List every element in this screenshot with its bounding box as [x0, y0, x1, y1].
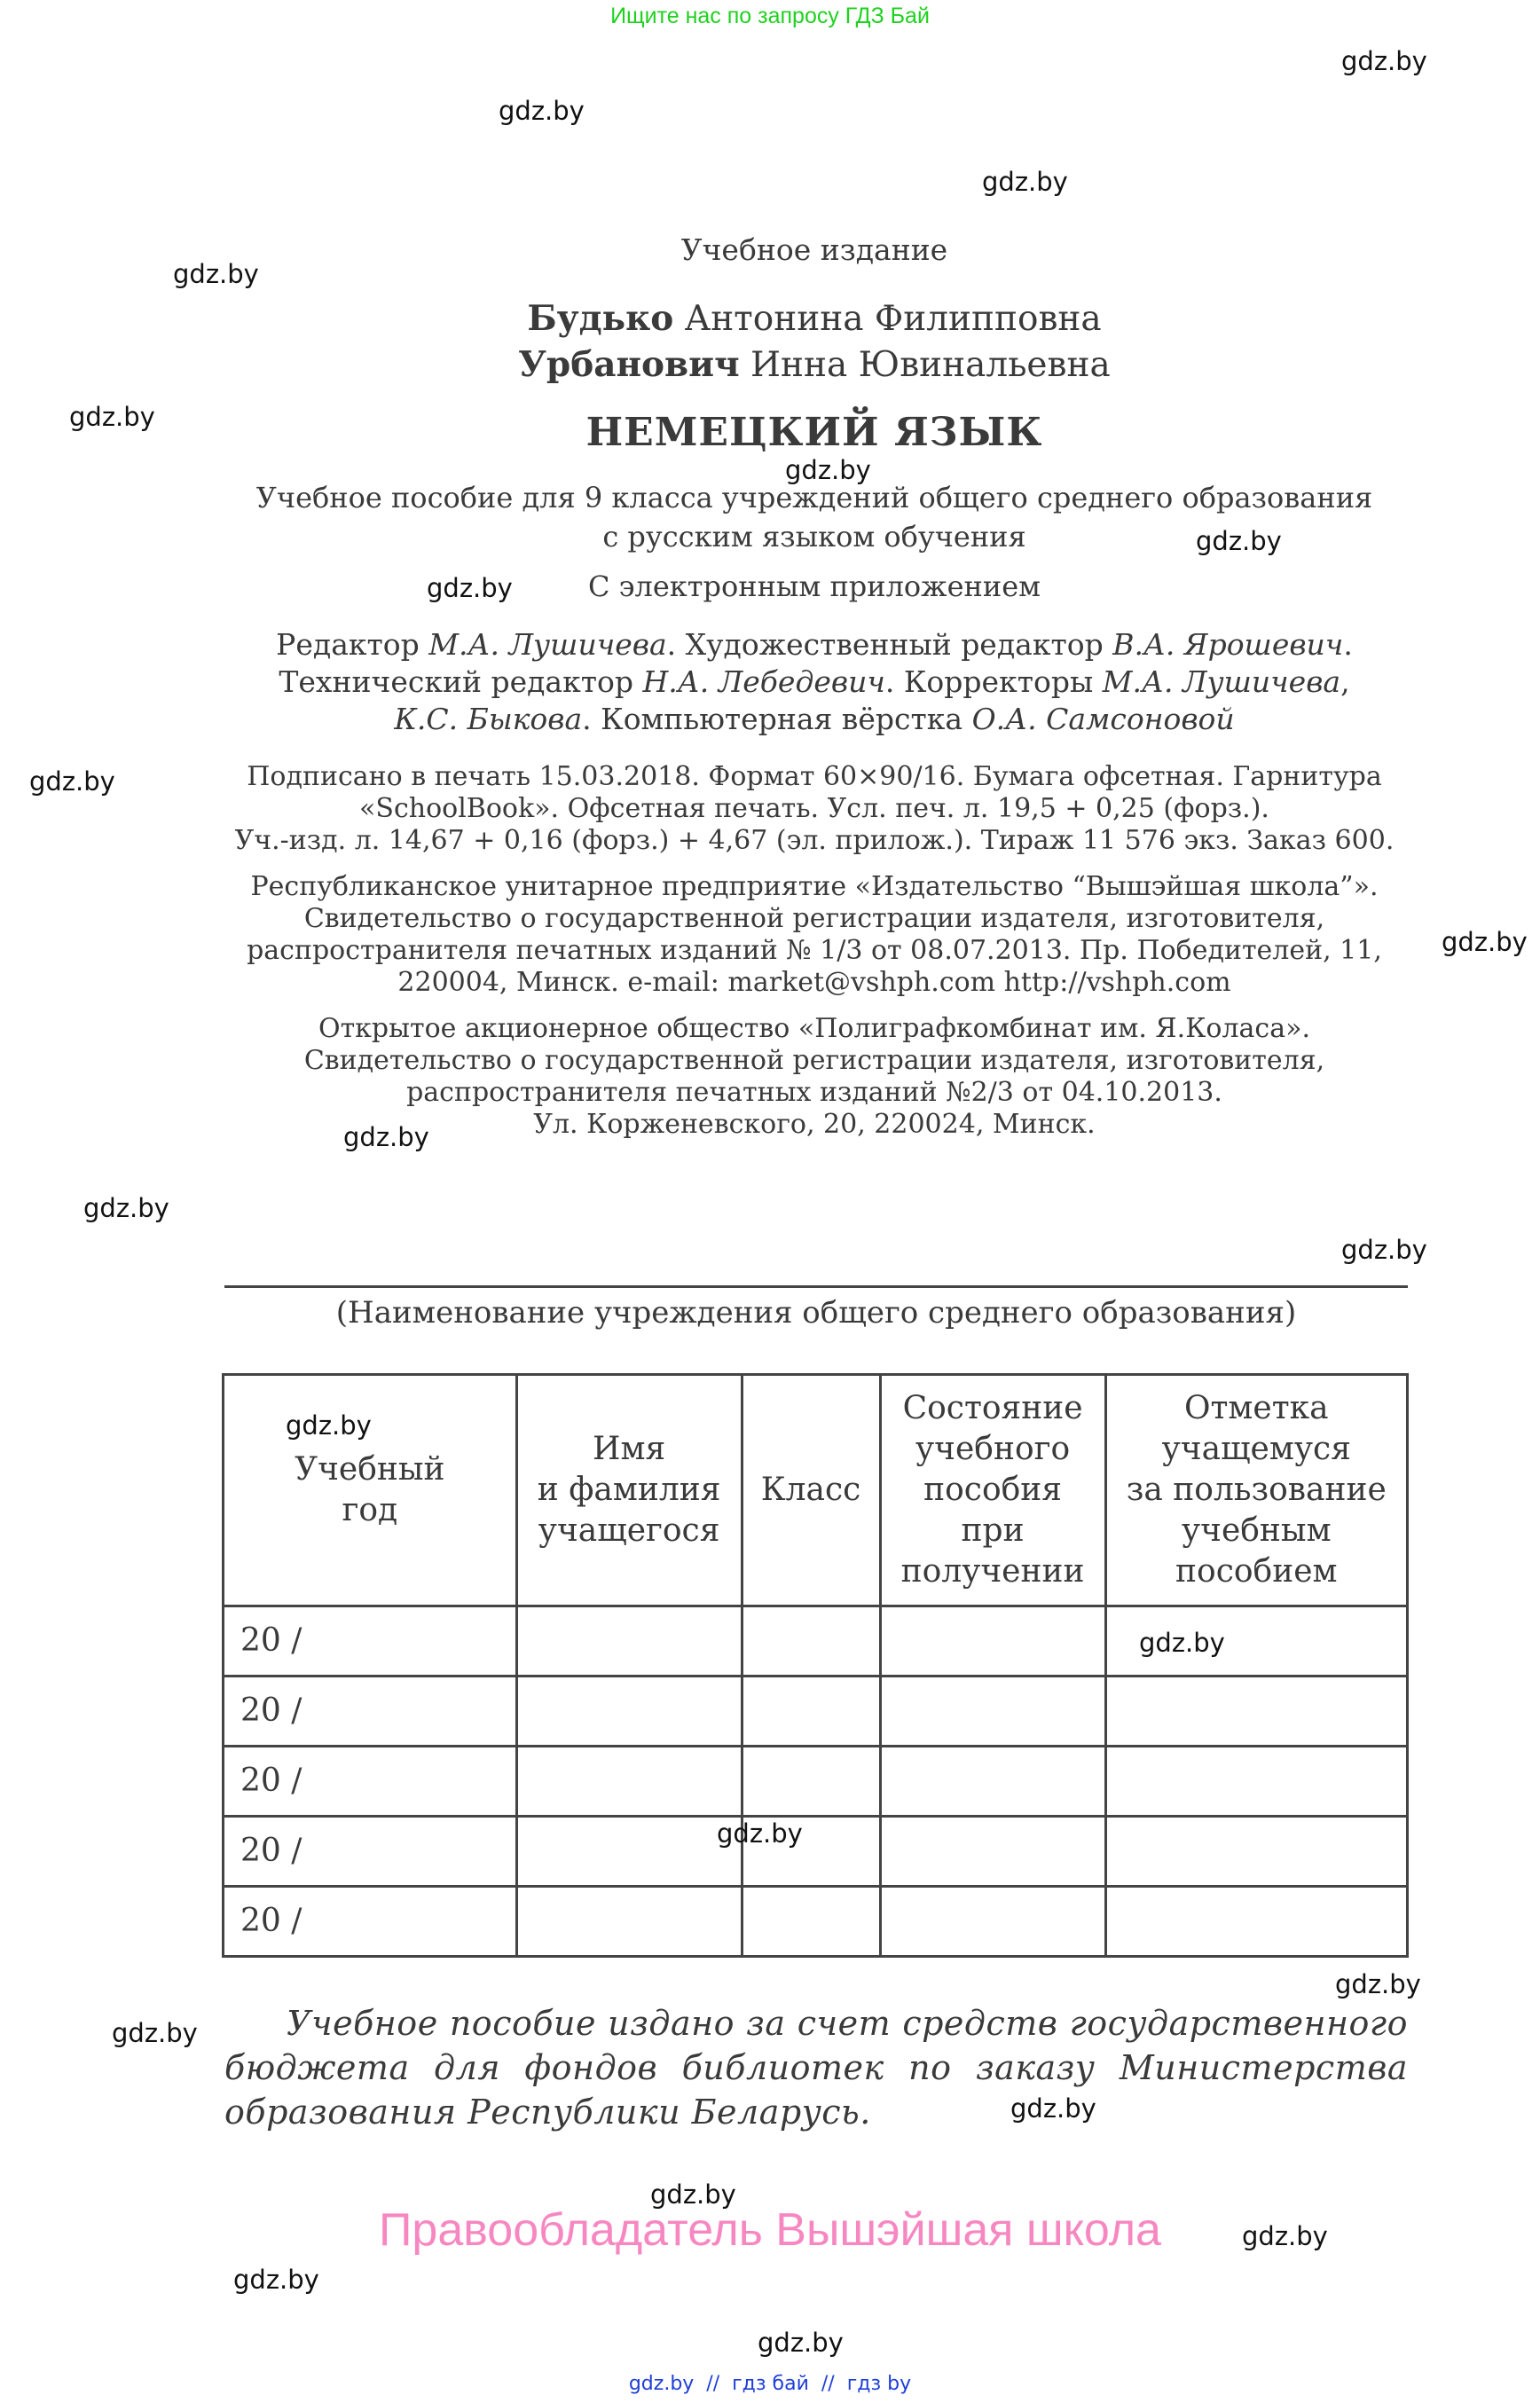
watermark: gdz.by [1139, 1628, 1225, 1658]
watermark: gdz.by [233, 2265, 319, 2295]
edition-type: Учебное издание [44, 232, 1540, 267]
school-year-cell: 20 / [224, 1677, 517, 1747]
blank-cell [742, 1887, 880, 1957]
institution-caption: (Наименование учреждения общего среднего… [224, 1295, 1408, 1331]
column-header-line: год [228, 1490, 512, 1531]
column-header-line: учащегося [522, 1511, 737, 1551]
print-info: Подписано в печать 15.03.2018. Формат 60… [44, 761, 1540, 857]
printer-info-line: распространителя печатных изданий №2/3 о… [44, 1077, 1540, 1109]
funding-note: Учебное пособие издано за счет средств г… [224, 2001, 1408, 2134]
credit-name: М.А. Лушичева [1103, 664, 1340, 699]
watermark: gdz.by [112, 2018, 198, 2048]
watermark: gdz.by [286, 1410, 372, 1441]
blank-cell [1105, 1747, 1407, 1817]
school-year-cell: 20 / [224, 1887, 517, 1957]
credits-line-2: Технический редактор Н.А. Лебедевич. Кор… [44, 664, 1540, 701]
credit-name: М.А. Лушичева [428, 627, 666, 662]
column-header-line: за пользование [1111, 1470, 1402, 1511]
book-title: НЕМЕЦКИЙ ЯЗЫК [44, 410, 1540, 455]
column-header-line: пособием [1111, 1551, 1402, 1592]
credit-role: Редактор [276, 627, 428, 662]
table-row: 20 / [224, 1677, 1408, 1747]
column-header-line: пособия [885, 1470, 1101, 1511]
supplement-note: С электронным приложением [44, 569, 1540, 603]
table-row: 20 / [224, 1747, 1408, 1817]
blank-cell [1105, 1677, 1407, 1747]
blank-cell [880, 1887, 1105, 1957]
table-row: 20 / [224, 1887, 1408, 1957]
school-year-cell: 20 / [224, 1817, 517, 1887]
credit-role: . Художественный редактор [667, 627, 1113, 662]
column-header: Отметкаучащемусяза пользованиеучебнымпос… [1105, 1375, 1407, 1606]
column-header-line: при [885, 1511, 1101, 1551]
blank-cell [880, 1606, 1105, 1677]
author-1: Будько Антонина Филипповна [44, 298, 1540, 339]
blank-cell [1105, 1817, 1407, 1887]
print-info-line: Подписано в печать 15.03.2018. Формат 60… [44, 761, 1540, 793]
credit-name: В.А. Ярошевич [1112, 627, 1343, 662]
publisher-info-line: 220004, Минск. e-mail: market@vshph.com … [44, 967, 1540, 999]
institution-fill-line [224, 1285, 1408, 1288]
credits-line-1: Редактор М.А. Лушичева. Художественный р… [44, 626, 1540, 664]
footer-links: gdz.by // гдз бай // гдз by [0, 2373, 1540, 2395]
author-given-name: Антонина Филипповна [685, 299, 1102, 339]
column-header: Имяи фамилияучащегося [516, 1375, 742, 1606]
publisher-info-line: Республиканское унитарное предприятие «И… [44, 871, 1540, 903]
printer-info-line: Свидетельство о государственной регистра… [44, 1045, 1540, 1077]
table-row: 20 / [224, 1817, 1408, 1887]
column-header-line: получении [885, 1551, 1101, 1592]
subtitle-line: с русским языком обучения [44, 520, 1540, 554]
blank-cell [1105, 1887, 1407, 1957]
column-header: Учебныйгод [224, 1375, 517, 1606]
column-header-line: Отметка [1111, 1388, 1402, 1429]
subtitle-line: Учебное пособие для 9 класса учреждений … [44, 481, 1540, 514]
blank-cell [516, 1677, 742, 1747]
rights-holder: Правообладатель Вышэйшая школа [0, 2203, 1540, 2257]
author-given-name: Инна Ювинальевна [750, 345, 1111, 385]
printer-info-line: Ул. Корженевского, 20, 220024, Минск. [44, 1109, 1540, 1141]
punctuation: . [1343, 627, 1353, 662]
table-row: 20 / [224, 1606, 1408, 1677]
blank-cell [880, 1747, 1105, 1817]
credit-name: К.С. Быкова [394, 702, 582, 736]
column-header-line: учебным [1111, 1511, 1402, 1551]
credit-role: Технический редактор [279, 664, 642, 699]
column-header-line: учебного [885, 1429, 1101, 1470]
column-header-line: учащемуся [1111, 1429, 1402, 1470]
watermark: gdz.by [83, 1193, 169, 1223]
printer-info-line: Открытое акционерное общество «Полиграфк… [44, 1013, 1540, 1045]
publisher-info: Республиканское унитарное предприятие «И… [44, 871, 1540, 999]
blank-cell [880, 1817, 1105, 1887]
blank-cell [880, 1677, 1105, 1747]
column-header-line: Имя [522, 1429, 737, 1470]
blank-cell [742, 1606, 880, 1677]
watermark: gdz.by [758, 2328, 844, 2358]
watermark: gdz.by [1341, 1235, 1427, 1265]
column-header: Состояниеучебногопособияприполучении [880, 1375, 1105, 1606]
print-info-line: «SchoolBook». Офсетная печать. Усл. печ.… [44, 793, 1540, 825]
print-info-line: Уч.-изд. л. 14,67 + 0,16 (форз.) + 4,67 … [44, 825, 1540, 857]
school-year-cell: 20 / [224, 1747, 517, 1817]
search-banner: Ищите нас по запросу ГДЗ Бай [0, 4, 1540, 29]
column-header-line: Класс [747, 1470, 876, 1511]
watermark: gdz.by [1341, 46, 1427, 76]
blank-cell [516, 1747, 742, 1817]
blank-cell [742, 1677, 880, 1747]
column-header: Класс [742, 1375, 880, 1606]
publisher-info-line: распространителя печатных изданий № 1/3 … [44, 935, 1540, 967]
column-header-line: Учебный [228, 1449, 512, 1490]
watermark: gdz.by [982, 167, 1068, 197]
publisher-info-line: Свидетельство о государственной регистра… [44, 903, 1540, 935]
watermark: gdz.by [717, 1818, 803, 1849]
author-surname: Урбанович [518, 344, 739, 385]
credit-name: Н.А. Лебедевич [642, 664, 884, 699]
watermark: gdz.by [1335, 1969, 1421, 1999]
textbook-usage-table: УчебныйгодИмяи фамилияучащегосяКлассСост… [222, 1373, 1409, 1958]
column-header-line: Состояние [885, 1388, 1101, 1429]
blank-cell [516, 1887, 742, 1957]
credit-role: . Корректоры [885, 664, 1103, 699]
blank-cell [516, 1817, 742, 1887]
printer-info: Открытое акционерное общество «Полиграфк… [44, 1013, 1540, 1141]
credit-role: . Компьютерная вёрстка [582, 702, 971, 736]
author-2: Урбанович Инна Ювинальевна [44, 344, 1540, 385]
table-header-row: УчебныйгодИмяи фамилияучащегосяКлассСост… [224, 1375, 1408, 1606]
credit-name: О.А. Самсоновой [972, 702, 1235, 736]
blank-cell [742, 1747, 880, 1817]
column-header-line: и фамилия [522, 1470, 737, 1511]
credits-line-3: К.С. Быкова. Компьютерная вёрстка О.А. С… [44, 701, 1540, 738]
blank-cell [516, 1606, 742, 1677]
punctuation: , [1340, 664, 1350, 699]
watermark: gdz.by [499, 96, 585, 126]
author-surname: Будько [527, 298, 673, 339]
school-year-cell: 20 / [224, 1606, 517, 1677]
